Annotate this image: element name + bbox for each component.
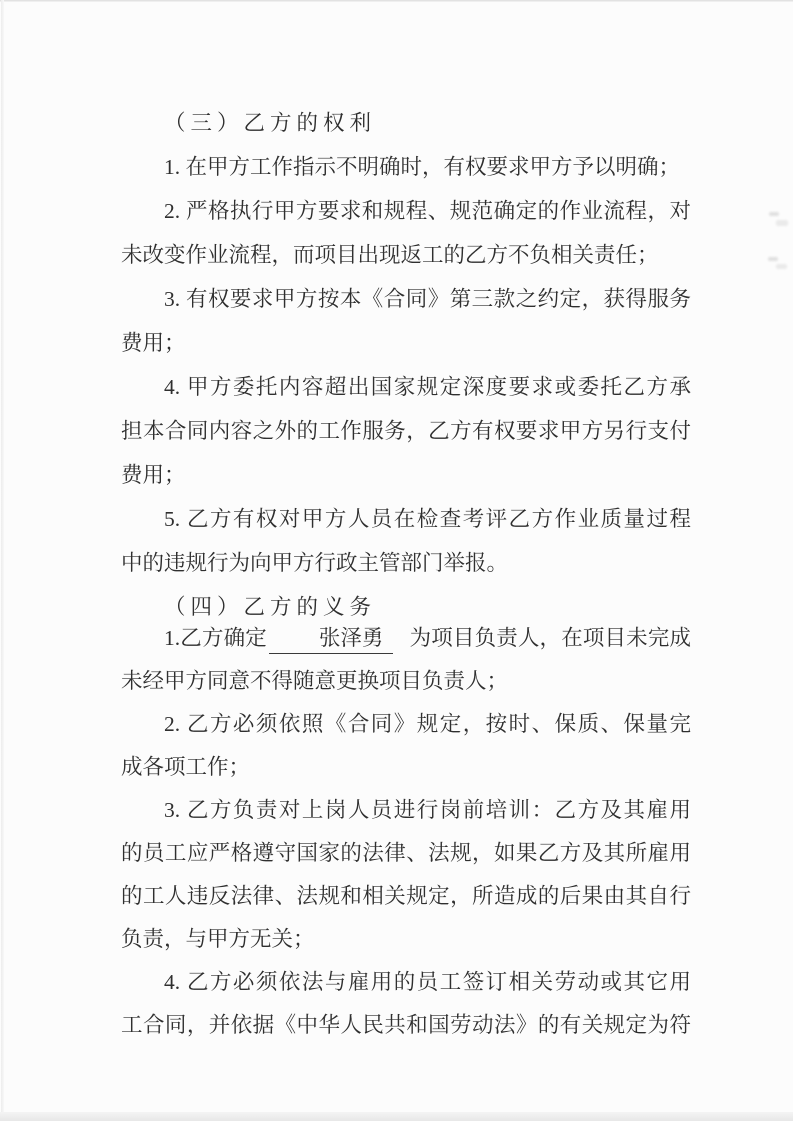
scan-edge-top (0, 0, 793, 2)
project-leader-name: 张泽勇 (269, 626, 394, 654)
clause-rights-5-line-1: 5. 乙方有权对甲方人员在检查考评乙方作业质量过程 (121, 497, 691, 541)
clause-obligations-1-prefix: 1.乙方确定 (164, 626, 267, 650)
clause-rights-1: 1. 在甲方工作指示不明确时，有权要求甲方予以明确； (121, 145, 691, 189)
clause-obligations-3-line-3: 的工人违反法律、法规和相关规定，所造成的后果由其自行 (121, 875, 691, 918)
clause-rights-4-line-1: 4. 甲方委托内容超出国家规定深度要求或委托乙方承 (121, 365, 691, 409)
clause-obligations-3-line-1: 3. 乙方负责对上岗人员进行岗前培训：乙方及其雇用 (121, 789, 691, 832)
clause-obligations-4-line-2: 工合同，并依据《中华人民共和国劳动法》的有关规定为符 (121, 1004, 691, 1047)
clause-obligations-3-line-4: 负责，与甲方无关； (121, 918, 691, 961)
contract-page: （三）乙方的权利 1. 在甲方工作指示不明确时，有权要求甲方予以明确； 2. 严… (0, 0, 793, 1121)
clause-rights-2-line-1: 2. 严格执行甲方要求和规程、规范确定的作业流程，对 (121, 189, 691, 233)
clause-obligations-1-line-2: 未经甲方同意不得随意更换项目负责人； (121, 660, 691, 703)
clause-rights-5-line-2: 中的违规行为向甲方行政主管部门举报。 (121, 541, 691, 585)
clause-rights-3-line-2: 费用； (121, 321, 691, 365)
clause-obligations-4-line-1: 4. 乙方必须依法与雇用的员工签订相关劳动或其它用 (121, 961, 691, 1004)
clause-obligations-3-line-2: 的员工应严格遵守国家的法律、法规，如果乙方及其所雇用 (121, 832, 691, 875)
clause-rights-3-line-1: 3. 有权要求甲方按本《合同》第三款之约定，获得服务 (121, 277, 691, 321)
clause-obligations-2-line-1: 2. 乙方必须依照《合同》规定，按时、保质、保量完 (121, 703, 691, 746)
clause-obligations-2-line-2: 成各项工作； (121, 746, 691, 789)
clause-obligations-1-line-1: 1.乙方确定张泽勇为项目负责人，在项目未完成前， (121, 617, 691, 660)
scan-smudge (769, 212, 779, 216)
section-heading-party-b-rights: （三）乙方的权利 (121, 101, 691, 145)
scan-smudge (776, 264, 787, 269)
clause-rights-2-line-2: 未改变作业流程，而项目出现返工的乙方不负相关责任； (121, 233, 691, 277)
clause-rights-4-line-3: 费用； (121, 453, 691, 497)
clause-rights-4-line-2: 担本合同内容之外的工作服务，乙方有权要求甲方另行支付 (121, 409, 691, 453)
scan-smudge (776, 220, 788, 226)
scan-edge-left (1, 0, 4, 1121)
contract-text-block: （三）乙方的权利 1. 在甲方工作指示不明确时，有权要求甲方予以明确； 2. 严… (121, 101, 691, 1047)
section-party-b-rights: （三）乙方的权利 1. 在甲方工作指示不明确时，有权要求甲方予以明确； 2. 严… (121, 101, 691, 629)
scan-smudge (768, 257, 778, 261)
section-party-b-obligations: 1.乙方确定张泽勇为项目负责人，在项目未完成前， 未经甲方同意不得随意更换项目负… (121, 617, 691, 1047)
scan-edge-bottom (0, 1112, 793, 1121)
